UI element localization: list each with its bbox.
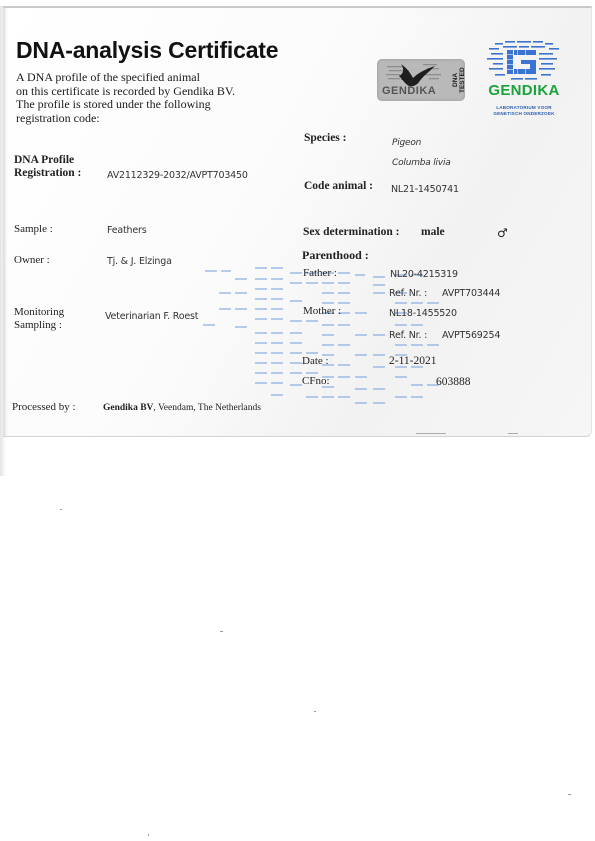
- scan-speck: [416, 433, 446, 434]
- dna-g-logo-icon: [487, 40, 561, 82]
- date-label: Date :: [302, 355, 329, 368]
- intro-line: registration code:: [16, 112, 235, 126]
- scan-speck: [148, 834, 149, 836]
- intro-line: on this certificate is recorded by Gendi…: [16, 85, 235, 99]
- male-symbol-icon: ♂: [497, 226, 508, 240]
- sex-value: male: [421, 226, 445, 238]
- species-latin: Columba livia: [392, 158, 451, 168]
- father-ref-value: AVPT703444: [442, 288, 500, 299]
- parenthood-label: Parenthood :: [302, 249, 369, 262]
- scan-speck: [568, 794, 571, 795]
- date-value: 2-11-2021: [389, 355, 436, 367]
- father-ref-label: Ref. Nr. :: [389, 288, 427, 299]
- sex-label: Sex determination :: [303, 226, 399, 239]
- processed-label: Processed by :: [12, 401, 76, 414]
- monitoring-label: Monitoring Sampling :: [14, 306, 64, 332]
- owner-label: Owner :: [14, 254, 50, 267]
- certificate-title: DNA-analysis Certificate: [16, 37, 278, 64]
- registration-label: DNA Profile Registration :: [14, 154, 81, 180]
- mother-ref-label: Ref. Nr. :: [389, 330, 427, 341]
- stamp-side-text: DNA TESTED: [452, 63, 462, 97]
- father-ring: NL20-4215319: [390, 269, 458, 280]
- mother-ref-value: AVPT569254: [442, 330, 500, 341]
- mother-ring: NL18-1455520: [389, 308, 457, 319]
- scan-speck: [220, 631, 223, 632]
- owner-value: Tj. & J. Elzinga: [107, 256, 172, 267]
- gendika-logo: GENDIKA LABORATORIUM VOOR GENETISCH ONDE…: [487, 40, 561, 124]
- sample-label: Sample :: [14, 223, 53, 236]
- mother-label: Mother :: [303, 305, 341, 318]
- cfno-value: 603888: [436, 376, 471, 388]
- stamp-brand: GENDIKA: [382, 85, 436, 97]
- father-label: Father :: [303, 267, 337, 280]
- intro-line: A DNA profile of the specified animal: [16, 71, 235, 85]
- scan-speck: [60, 509, 62, 510]
- logo-subtitle: LABORATORIUM VOOR GENETISCH ONDERZOEK: [487, 105, 561, 117]
- code-animal-label: Code animal :: [304, 180, 373, 193]
- processed-value: Gendika BV, Veendam, The Netherlands: [103, 403, 261, 413]
- code-animal-value: NL21-1450741: [391, 184, 459, 195]
- scan-speck: [508, 433, 518, 434]
- cfno-label: CFno:: [302, 375, 330, 388]
- intro-line: The profile is stored under the followin…: [16, 98, 235, 112]
- sample-value: Feathers: [107, 225, 146, 236]
- logo-wordmark: GENDIKA: [487, 82, 561, 99]
- species-common: Pigeon: [392, 138, 421, 148]
- dna-tested-stamp: GENDIKA DNA TESTED: [377, 59, 465, 101]
- monitoring-value: Veterinarian F. Roest: [105, 311, 198, 322]
- species-label: Species :: [304, 132, 346, 145]
- intro-text: A DNA profile of the specified animal on…: [16, 71, 235, 125]
- registration-value: AV2112329-2032/AVPT703450: [107, 170, 248, 181]
- scan-speck: [314, 711, 316, 712]
